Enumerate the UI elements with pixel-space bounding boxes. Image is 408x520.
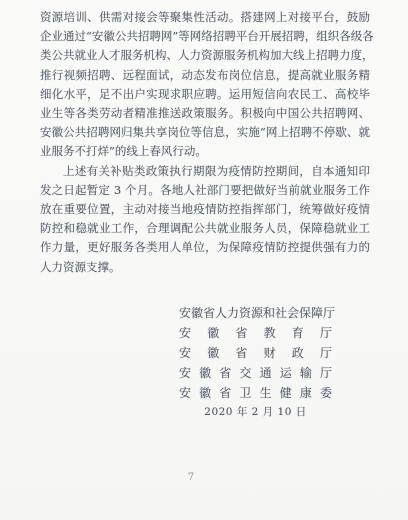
- signature-line: 安徽省人力资源和社会保障厅: [179, 303, 332, 323]
- page-number: 7: [181, 471, 201, 483]
- text-line: 发之日起暂定 3 个月。各地人社部门要把做好当前就业服务工作: [40, 181, 370, 200]
- body-paragraph-1: 资源培训、供需对接会等聚集性活动。搭建网上对接平台，鼓励企业通过“安徽公共招聘网…: [40, 8, 370, 162]
- text-line: 业生等各类劳动者精准推送政策服务。积极向中国公共招聘网、: [40, 104, 370, 123]
- signature-line: 安 徽 省 卫 生 健 康 委: [179, 383, 332, 403]
- signature-line: 安 徽 省 交 通 运 输 厅: [179, 363, 332, 383]
- document-body: 资源培训、供需对接会等聚集性活动。搭建网上对接平台，鼓励企业通过“安徽公共招聘网…: [40, 8, 370, 277]
- document-date: 2020 年 2 月 10 日: [179, 403, 332, 422]
- document-page: 资源培训、供需对接会等聚集性活动。搭建网上对接平台，鼓励企业通过“安徽公共招聘网…: [0, 0, 408, 520]
- text-line: 企业通过“安徽公共招聘网”等网络招聘平台开展招聘，组织各级各: [40, 27, 370, 46]
- signature-line: 安 徽 省 教 育 厅: [179, 323, 332, 343]
- text-line: 人力资源支撑。: [40, 258, 370, 277]
- text-line: 资源培训、供需对接会等聚集性活动。搭建网上对接平台，鼓励: [40, 8, 370, 27]
- text-line: 作力量，更好服务各类用人单位，为保障疫情防控提供强有力的: [40, 238, 370, 257]
- text-line: 业服务不打烊”的线上春风行动。: [40, 142, 370, 161]
- text-line: 推行视频招聘、远程面试，动态发布岗位信息，提高就业服务精: [40, 66, 370, 85]
- text-line: 防控和稳就业工作，合理调配公共就业服务人员，保障稳就业工: [40, 219, 370, 238]
- text-line: 安徽公共招聘网归集共享岗位等信息，实施“网上招聘不停歇、就: [40, 123, 370, 142]
- signature-block: 安徽省人力资源和社会保障厅安 徽 省 教 育 厅安 徽 省 财 政 厅安 徽 省…: [179, 303, 332, 422]
- text-line: 上述有关补贴类政策执行期限为疫情防控期间，自本通知印: [40, 162, 370, 181]
- signature-lines: 安徽省人力资源和社会保障厅安 徽 省 教 育 厅安 徽 省 财 政 厅安 徽 省…: [179, 303, 332, 403]
- text-line: 细化水平，足不出户实现求职应聘。运用短信向农民工、高校毕: [40, 85, 370, 104]
- text-line: 放在重要位置，主动对接当地疫情防控指挥部门，统筹做好疫情: [40, 200, 370, 219]
- body-paragraph-2: 上述有关补贴类政策执行期限为疫情防控期间，自本通知印发之日起暂定 3 个月。各地…: [40, 162, 370, 277]
- signature-line: 安 徽 省 财 政 厅: [179, 343, 332, 363]
- text-line: 类公共就业人才服务机构、人力资源服务机构加大线上招聘力度，: [40, 46, 370, 65]
